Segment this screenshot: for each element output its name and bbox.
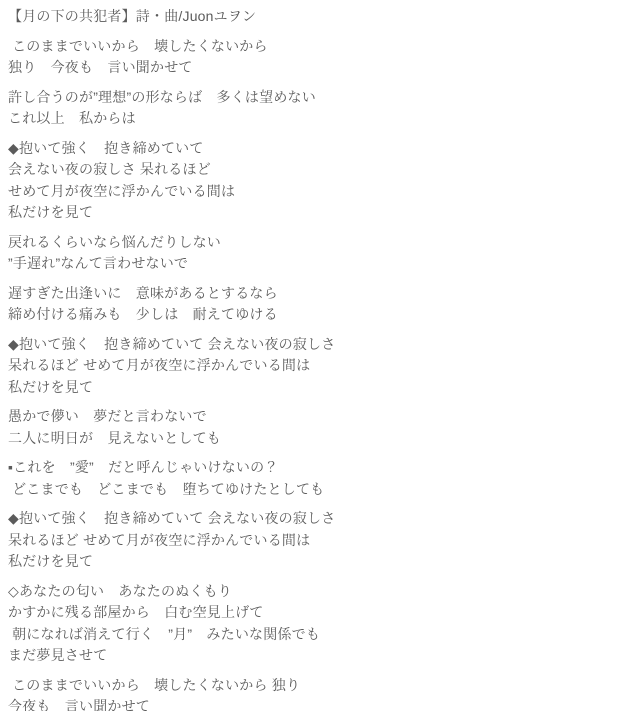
page-title: 【月の下の共犯者】詩・曲/Juonユヲン: [8, 6, 630, 28]
lyric-line: 独り 今夜も 言い聞かせて: [8, 57, 630, 79]
lyric-line: ”手遅れ”なんて言わせないで: [8, 253, 630, 275]
lyric-line: 遅すぎた出逢いに 意味があるとするなら: [8, 283, 630, 305]
lyric-line: このままでいいから 壊したくないから: [8, 36, 630, 58]
lyric-line: 私だけを見て: [8, 202, 630, 224]
lyric-line: せめて月が夜空に浮かんでいる間は: [8, 181, 630, 203]
lyric-line: これ以上 私からは: [8, 108, 630, 130]
lyric-line: 呆れるほど せめて月が夜空に浮かんでいる間は: [8, 530, 630, 552]
lyric-line: 呆れるほど せめて月が夜空に浮かんでいる間は: [8, 355, 630, 377]
lyric-line: ◆抱いて強く 抱き締めていて: [8, 138, 630, 160]
lyric-line: 今夜も 言い聞かせて: [8, 696, 630, 711]
stanza: このままでいいから 壊したくないから 独り今夜も 言い聞かせて: [8, 675, 630, 711]
lyric-line: まだ夢見させて: [8, 645, 630, 667]
lyric-line: 愚かで儚い 夢だと言わないで: [8, 406, 630, 428]
lyric-line: 二人に明日が 見えないとしても: [8, 428, 630, 450]
stanza: 愚かで儚い 夢だと言わないで二人に明日が 見えないとしても: [8, 406, 630, 449]
stanza: 遅すぎた出逢いに 意味があるとするなら締め付ける痛みも 少しは 耐えてゆける: [8, 283, 630, 326]
lyric-line: どこまでも どこまでも 堕ちてゆけたとしても: [8, 479, 630, 501]
lyric-line: ◆抱いて強く 抱き締めていて 会えない夜の寂しさ: [8, 508, 630, 530]
lyric-line: このままでいいから 壊したくないから 独り: [8, 675, 630, 697]
stanza: このままでいいから 壊したくないから独り 今夜も 言い聞かせて: [8, 36, 630, 79]
stanza: ◆抱いて強く 抱き締めていて会えない夜の寂しさ 呆れるほどせめて月が夜空に浮かん…: [8, 138, 630, 224]
stanza: ◇あなたの匂い あなたのぬくもりかすかに残る部屋から 白む空見上げて 朝になれば…: [8, 581, 630, 667]
lyrics-page: 【月の下の共犯者】詩・曲/Juonユヲン このままでいいから 壊したくないから独…: [0, 0, 640, 711]
lyric-line: 私だけを見て: [8, 551, 630, 573]
lyric-line: 戻れるくらいなら悩んだりしない: [8, 232, 630, 254]
stanza: ◆抱いて強く 抱き締めていて 会えない夜の寂しさ呆れるほど せめて月が夜空に浮か…: [8, 334, 630, 399]
stanza: 許し合うのが”理想”の形ならば 多くは望めないこれ以上 私からは: [8, 87, 630, 130]
lyric-line: 許し合うのが”理想”の形ならば 多くは望めない: [8, 87, 630, 109]
lyric-line: 締め付ける痛みも 少しは 耐えてゆける: [8, 304, 630, 326]
lyric-line: 朝になれば消えて行く ”月” みたいな関係でも: [8, 624, 630, 646]
lyric-line: 会えない夜の寂しさ 呆れるほど: [8, 159, 630, 181]
lyric-line: ◆抱いて強く 抱き締めていて 会えない夜の寂しさ: [8, 334, 630, 356]
stanza: ◆抱いて強く 抱き締めていて 会えない夜の寂しさ呆れるほど せめて月が夜空に浮か…: [8, 508, 630, 573]
stanza: 戻れるくらいなら悩んだりしない”手遅れ”なんて言わせないで: [8, 232, 630, 275]
lyric-line: ▪これを ”愛” だと呼んじゃいけないの？: [8, 457, 630, 479]
stanza: ▪これを ”愛” だと呼んじゃいけないの？ どこまでも どこまでも 堕ちてゆけた…: [8, 457, 630, 500]
lyric-line: ◇あなたの匂い あなたのぬくもり: [8, 581, 630, 603]
lyric-line: かすかに残る部屋から 白む空見上げて: [8, 602, 630, 624]
lyric-line: 私だけを見て: [8, 377, 630, 399]
lyrics-body: このままでいいから 壊したくないから独り 今夜も 言い聞かせて許し合うのが”理想…: [8, 36, 630, 711]
